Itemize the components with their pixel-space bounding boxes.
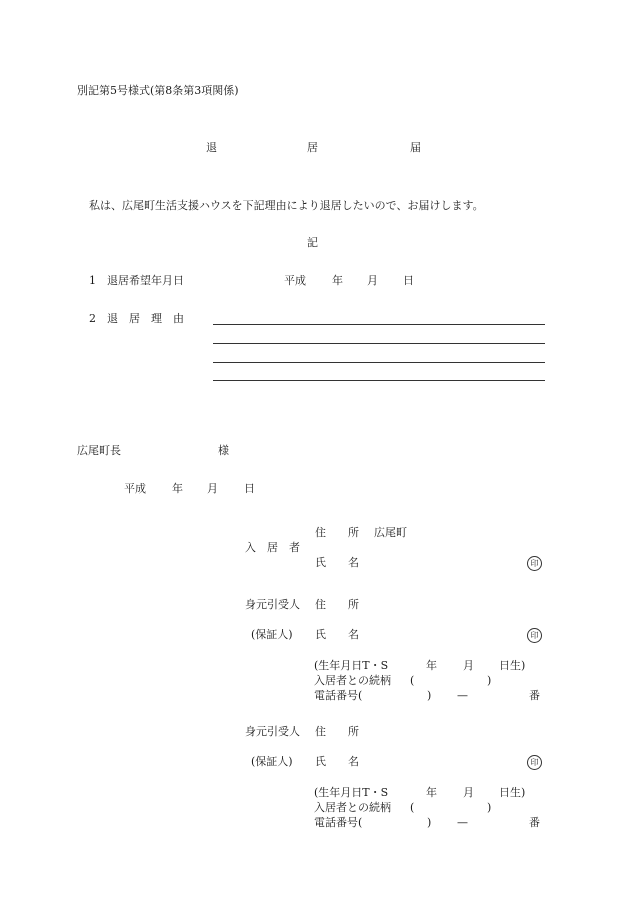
resident-address[interactable]: 広尾町 (374, 526, 407, 540)
reason-line-4[interactable] (213, 380, 545, 381)
ki-heading: 記 (307, 236, 318, 250)
honorific: 様 (218, 444, 229, 458)
intro-text: 私は、広尾町生活支援ハウスを下記理由により退居したいので、お届けします。 (89, 199, 484, 213)
reason-line-1[interactable] (213, 324, 545, 325)
item-desired-date-label: 1 退居希望年月日 (89, 274, 184, 288)
form-reference: 別記第5号様式(第8条第3項関係) (77, 84, 239, 98)
seal-icon: 印 (527, 556, 542, 571)
item-reason-label: 2 退 居 理 由 (89, 312, 184, 326)
reason-line-2[interactable] (213, 343, 545, 344)
reason-line-3[interactable] (213, 362, 545, 363)
seal-icon: 印 (527, 628, 542, 643)
addressee: 広尾町長 (77, 444, 121, 458)
seal-icon: 印 (527, 755, 542, 770)
